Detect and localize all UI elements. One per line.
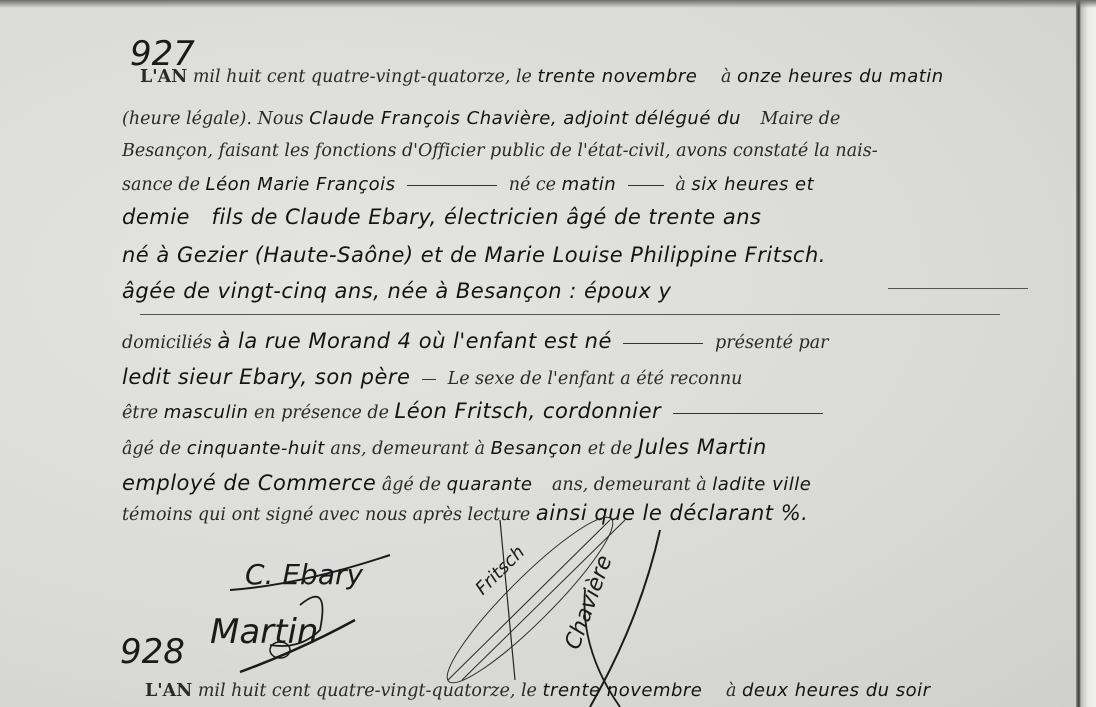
act-928-line-1: L'AN mil huit cent quatre-vingt-quatorze… bbox=[145, 680, 931, 702]
printed-text: à bbox=[726, 681, 736, 701]
printed-text: L'AN bbox=[145, 681, 192, 701]
scan-shadow bbox=[0, 0, 1096, 8]
register-page: 927 L'AN mil huit cent quatre-vingt-quat… bbox=[0, 0, 1080, 707]
signature-flourishes bbox=[0, 0, 1080, 707]
handwritten-time: deux heures du soir bbox=[742, 680, 931, 701]
printed-text: mil huit cent quatre-vingt-quatorze, le bbox=[198, 681, 537, 701]
act-number: 928 bbox=[120, 632, 185, 672]
page-gutter bbox=[1076, 0, 1096, 707]
handwritten-date: trente novembre bbox=[543, 680, 703, 701]
